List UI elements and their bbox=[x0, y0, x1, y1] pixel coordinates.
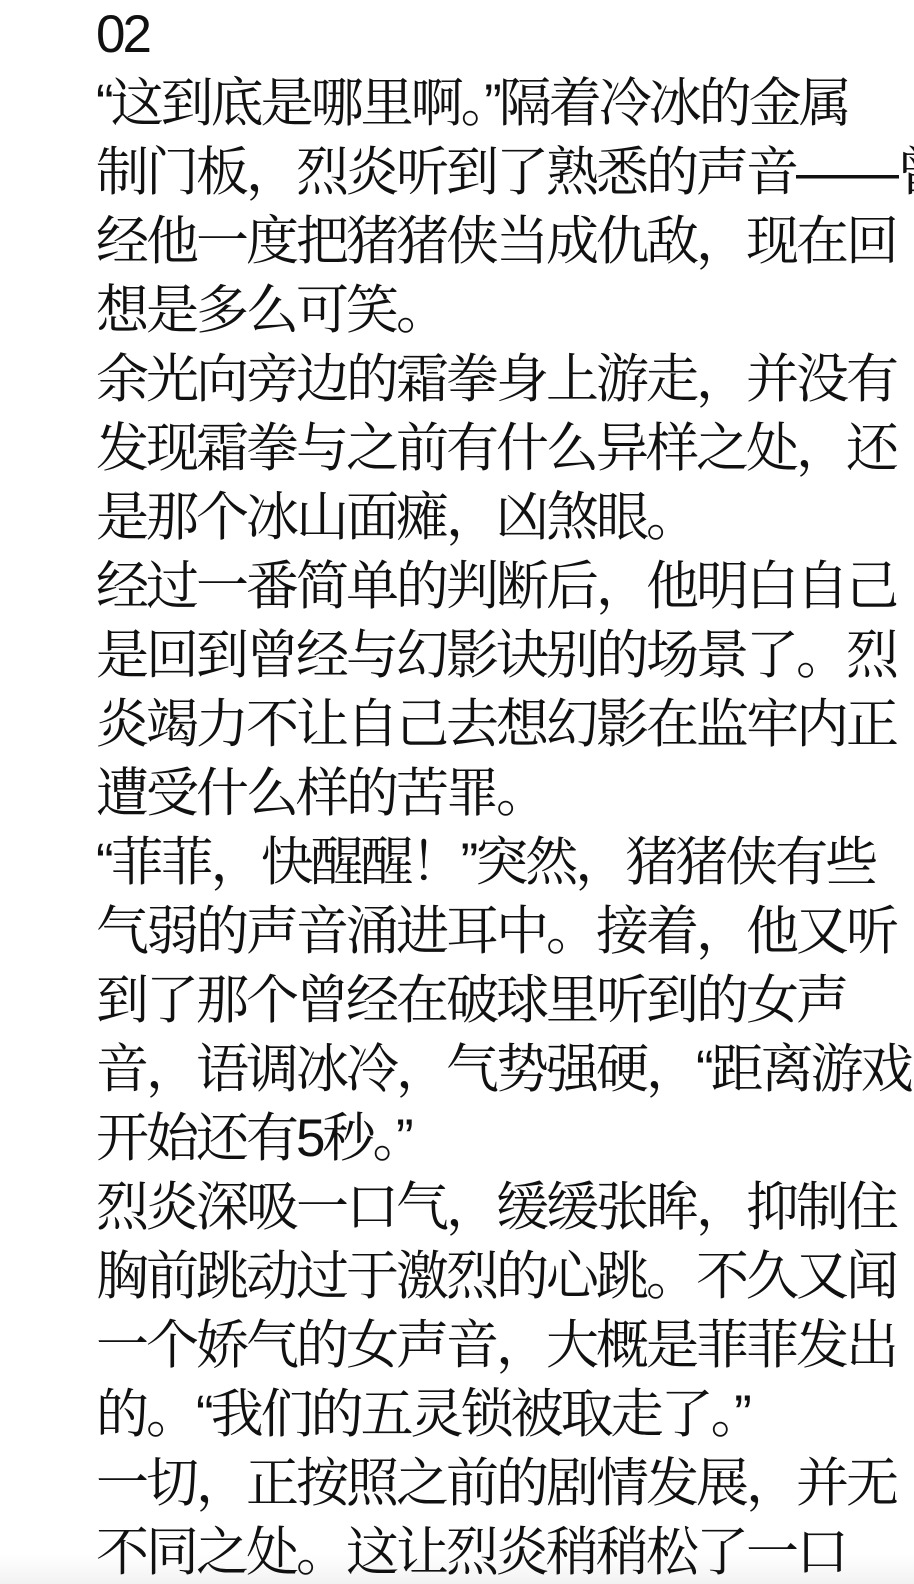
text-line: 开始还有5秒。” bbox=[96, 1104, 914, 1173]
text-line: 经他一度把猪猪侠当成仇敌，现在回 bbox=[96, 207, 914, 276]
text-line: 发现霜拳与之前有什么异样之处，还 bbox=[96, 414, 914, 483]
text-line: 胸前跳动过于激烈的心跳。不久又闻 bbox=[96, 1242, 914, 1311]
text-line: 音，语调冰冷，气势强硬，“距离游戏 bbox=[96, 1035, 914, 1104]
text-line: 一个娇气的女声音，大概是菲菲发出 bbox=[96, 1311, 914, 1380]
chapter-number: 02 bbox=[96, 0, 914, 69]
reader-page[interactable]: 02 “这到底是哪里啊。”隔着冷冰的金属制门板，烈炎听到了熟悉的声音——曾经他一… bbox=[0, 0, 914, 1584]
text-line: 制门板，烈炎听到了熟悉的声音——曾 bbox=[96, 138, 914, 207]
text-line: “这到底是哪里啊。”隔着冷冰的金属 bbox=[96, 69, 914, 138]
text-line: 经过一番简单的判断后，他明白自己 bbox=[96, 552, 914, 621]
text-line: 到了那个曾经在破球里听到的女声 bbox=[96, 966, 914, 1035]
text-line: “菲菲，快醒醒！”突然，猪猪侠有些 bbox=[96, 828, 914, 897]
text-line: 是那个冰山面瘫，凶煞眼。 bbox=[96, 483, 914, 552]
text-line: 气弱的声音涌进耳中。接着，他又听 bbox=[96, 897, 914, 966]
text-line: 不同之处。这让烈炎稍稍松了一口 bbox=[96, 1518, 914, 1584]
text-line: 想是多么可笑。 bbox=[96, 276, 914, 345]
text-line: 烈炎深吸一口气，缓缓张眸，抑制住 bbox=[96, 1173, 914, 1242]
text-line: 遭受什么样的苦罪。 bbox=[96, 759, 914, 828]
text-line: 炎竭力不让自己去想幻影在监牢内正 bbox=[96, 690, 914, 759]
text-line: 的。“我们的五灵锁被取走了。” bbox=[96, 1380, 914, 1449]
text-line: 一切，正按照之前的剧情发展，并无 bbox=[96, 1449, 914, 1518]
text-line: 余光向旁边的霜拳身上游走，并没有 bbox=[96, 345, 914, 414]
text-line: 是回到曾经与幻影诀别的场景了。烈 bbox=[96, 621, 914, 690]
chapter-text: 02 “这到底是哪里啊。”隔着冷冰的金属制门板，烈炎听到了熟悉的声音——曾经他一… bbox=[0, 0, 914, 1584]
